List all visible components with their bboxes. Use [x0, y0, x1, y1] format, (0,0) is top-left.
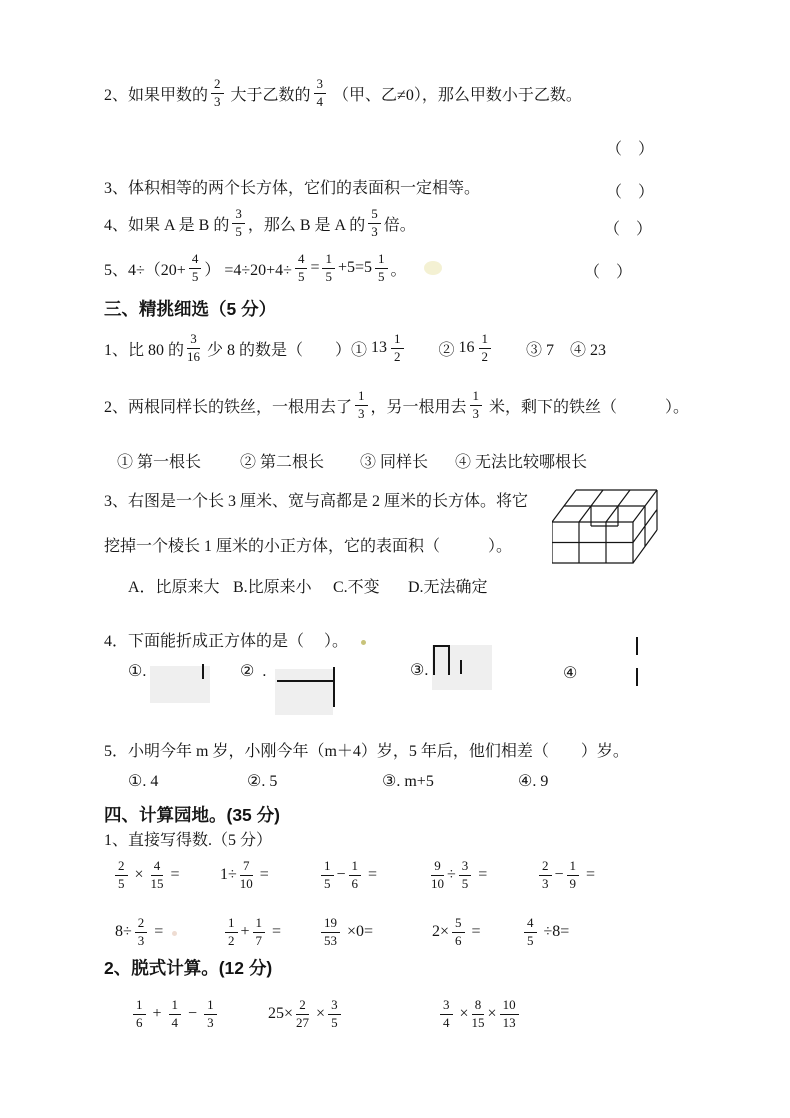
calc-row2-expr5: 45 ÷8= [521, 908, 569, 956]
net-figure-3-stroke [460, 660, 462, 674]
choice-question-3-line2: 挖掉一个棱长 1 厘米的小正方体，它的表面积（ ）。 [104, 537, 512, 557]
calc-row1-expr4: 910÷35 = [428, 851, 487, 899]
olive-dot-artifact [361, 640, 366, 645]
worksheet-page: 2、如果甲数的23 大于乙数的34 （甲、乙≠0），那么甲数小于乙数。 （ ） … [0, 0, 790, 1118]
choice-question-3-line1: 3、右图是一个长 3 厘米、宽与高都是 2 厘米的长方体。将它 [104, 492, 528, 512]
choice-q5-option-3: ③. m+5 [382, 771, 434, 791]
calc-row3-expr1: 16 + 14 − 13 [130, 990, 220, 1038]
choice-question-1: 1、比 80 的316 少 8 的数是（ ）① 1312 ② 1612 ③ 7 … [104, 324, 606, 372]
tf-question-5: 5、4÷（20+45） =4÷20+4÷45=15+5=515。 [104, 244, 407, 292]
tf-question-4: 4、如果 A 是 B 的35，那么 B 是 A 的53倍。 [104, 199, 416, 247]
choice-q2-option-4: ④ 无法比较哪根长 [455, 449, 587, 472]
choice-q2-option-2: ② 第二根长 [240, 449, 324, 472]
net-figure-1-stroke [202, 664, 204, 679]
calc-row1-expr2: 1÷710 = [220, 851, 269, 899]
net-figure-4-stroke-bottom [636, 668, 638, 686]
calc-row1-expr5: 23−19 = [536, 851, 595, 899]
tf-question-3: 3、体积相等的两个长方体，它们的表面积一定相等。 [104, 179, 480, 199]
net-label-2: ② . [240, 661, 266, 681]
net-figure-2-vstroke [333, 667, 335, 707]
choice-q3-option-a: A．比原来大 [128, 574, 220, 597]
cuboid-figure [552, 483, 682, 585]
choice-question-5: 5．小明今年 m 岁，小刚今年（m＋4）岁，5 年后，他们相差（ ）岁。 [104, 742, 629, 762]
yellow-smudge-artifact [424, 261, 442, 275]
net-figure-1 [150, 666, 210, 703]
choice-q3-option-c: C.不变 [333, 574, 380, 597]
calc-subtitle-1: 1、直接写得数.（5 分） [104, 831, 272, 851]
choice-q5-option-2: ②. 5 [247, 771, 277, 791]
calc-row2-expr2: 12+17 = [222, 908, 281, 956]
answer-bracket-tf3: （ ） [606, 179, 654, 202]
section-3-title: 三、精挑细选（5 分） [104, 296, 276, 321]
answer-bracket-tf4: （ ） [604, 216, 652, 239]
choice-q2-option-3: ③ 同样长 [360, 449, 428, 472]
net-figure-2-hstroke [277, 680, 334, 682]
choice-q3-option-d: D.无法确定 [408, 574, 488, 597]
calc-row2-expr4: 2×56 = [432, 908, 481, 956]
answer-bracket-tf2: （ ） [606, 136, 654, 159]
choice-q5-option-1: ①. 4 [128, 771, 158, 791]
calc-row3-expr3: 34 ×815×1013 [437, 990, 522, 1038]
choice-question-2: 2、两根同样长的铁丝，一根用去了13，另一根用去13 米，剩下的铁丝（ ）。 [104, 381, 689, 429]
choice-q2-option-1: ① 第一根长 [117, 449, 201, 472]
net-figure-4-stroke-top [636, 637, 638, 655]
calc-row1-expr3: 15−16 = [318, 851, 377, 899]
answer-bracket-tf5: （ ） [584, 259, 632, 282]
section-4-title: 四、计算园地。(35 分) [104, 802, 280, 827]
net-figure-2 [275, 669, 333, 715]
net-label-4: ④ [563, 663, 577, 683]
choice-question-4: 4．下面能折成正方体的是（ ）。 [104, 632, 348, 652]
net-label-1: ①. [128, 661, 146, 681]
net-label-3: ③. [410, 660, 428, 680]
net-figure-3-rect [433, 645, 450, 675]
choice-q5-option-4: ④. 9 [518, 771, 548, 791]
choice-q3-option-b: B.比原来小 [233, 574, 312, 597]
calc-subtitle-2: 2、脱式计算。(12 分) [104, 955, 272, 980]
pink-dot-artifact [172, 931, 177, 936]
calc-row1-expr1: 25 × 415 = [112, 851, 180, 899]
calc-row3-expr2: 25×227 ×35 [268, 990, 344, 1038]
calc-row2-expr3: 1953 ×0= [318, 908, 373, 956]
calc-row2-expr1: 8÷23 = [115, 908, 163, 956]
tf-question-2: 2、如果甲数的23 大于乙数的34 （甲、乙≠0），那么甲数小于乙数。 [104, 69, 582, 117]
